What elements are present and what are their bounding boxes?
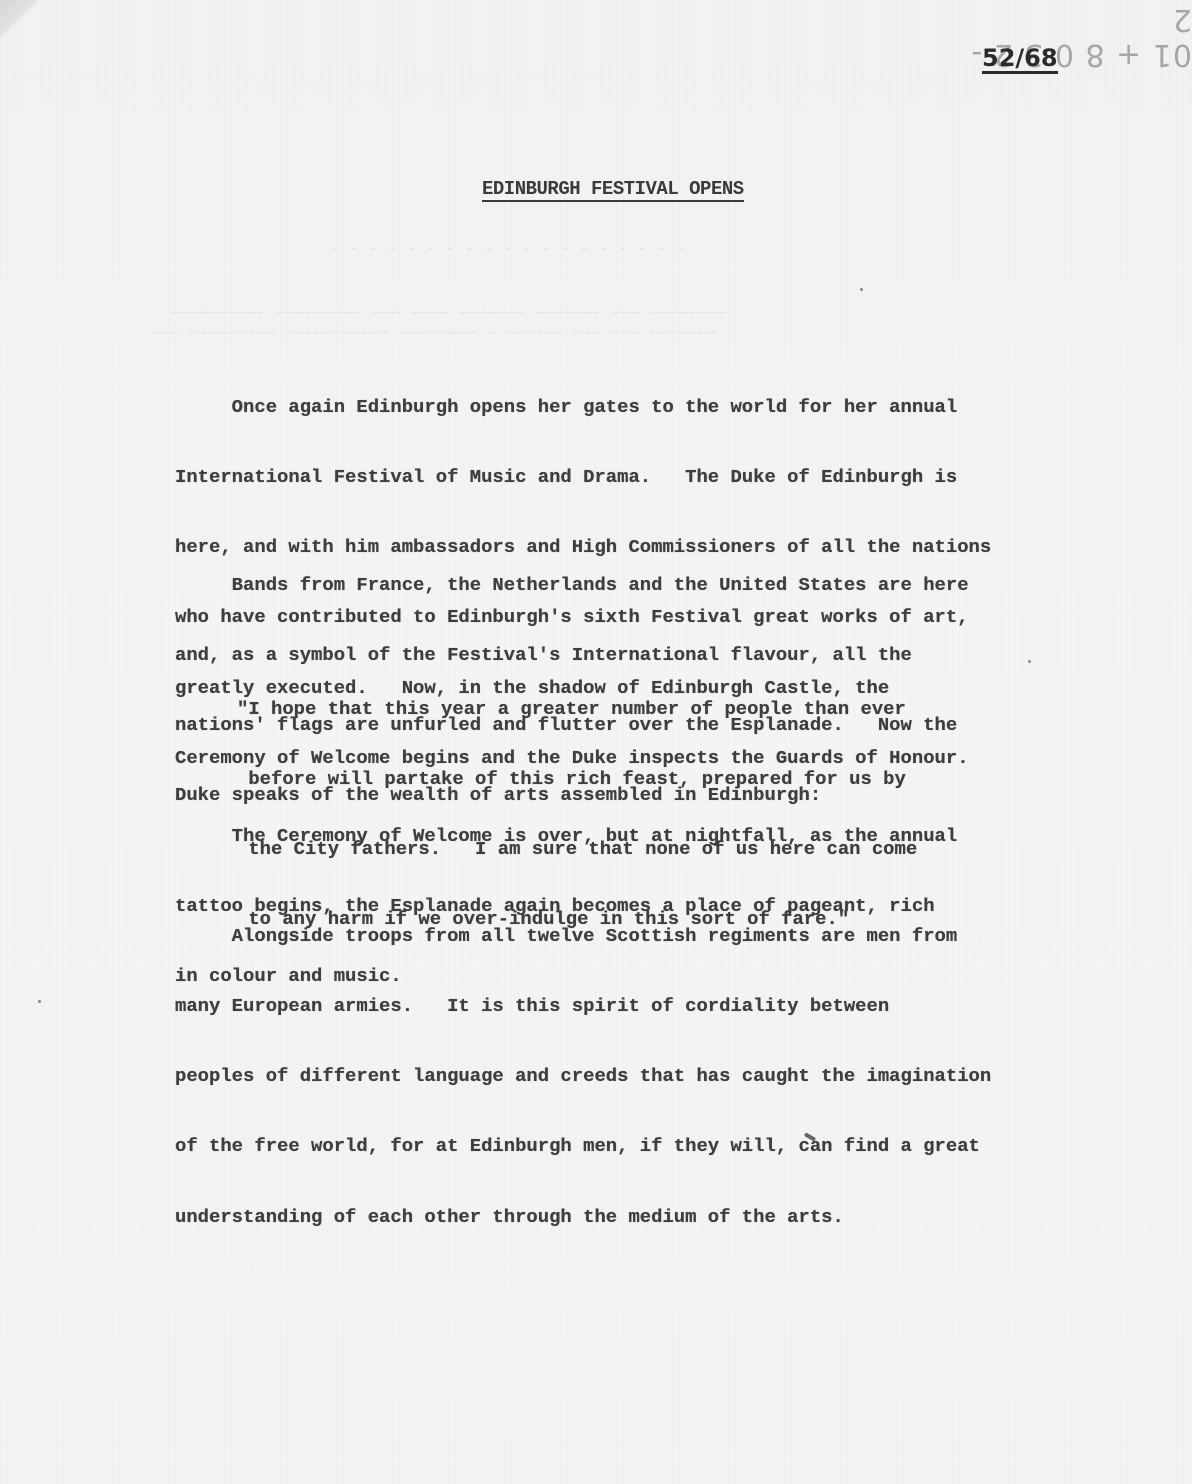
text-line: Alongside troops from all twelve Scottis…: [175, 925, 991, 948]
speck: [860, 288, 863, 291]
text-line: of the free world, for at Edinburgh men,…: [175, 1135, 991, 1158]
folded-corner: [0, 0, 40, 40]
text-line: understanding of each other through the …: [175, 1206, 991, 1229]
bleed-through-text: ~~~~~~~ ~~~ ~~~ ~~~~~~ ~ ~~~~~~~~ ~~~~~~…: [150, 325, 717, 343]
text-line: many European armies. It is this spirit …: [175, 995, 991, 1018]
speck: [1028, 660, 1031, 663]
speck: [38, 1000, 41, 1003]
document-title: EDINBURGH FESTIVAL OPENS: [482, 180, 744, 202]
text-line: The Ceremony of Welcome is over, but at …: [175, 825, 957, 848]
document-page: 01 + 8 0 3 2 - 2 52/68 EDINBURGH FESTIVA…: [0, 0, 1192, 1484]
text-line: peoples of different language and creeds…: [175, 1065, 991, 1088]
text-line: "I hope that this year a greater number …: [237, 698, 917, 721]
paragraph-4: Alongside troops from all twelve Scottis…: [175, 878, 991, 1276]
page-number: 52/68: [982, 46, 1058, 74]
text-line: International Festival of Music and Dram…: [175, 466, 991, 489]
text-line: Once again Edinburgh opens her gates to …: [175, 396, 991, 419]
bleed-through-text: ~~~~~~~~ ~~~ ~~~~~~~ ~~~~~~~ ~~~~ ~~~ ~~…: [170, 305, 727, 323]
bleed-through-text: - - - - - - - - - - - - - - - - - - -: [330, 240, 685, 258]
text-line: Bands from France, the Netherlands and t…: [175, 574, 969, 597]
